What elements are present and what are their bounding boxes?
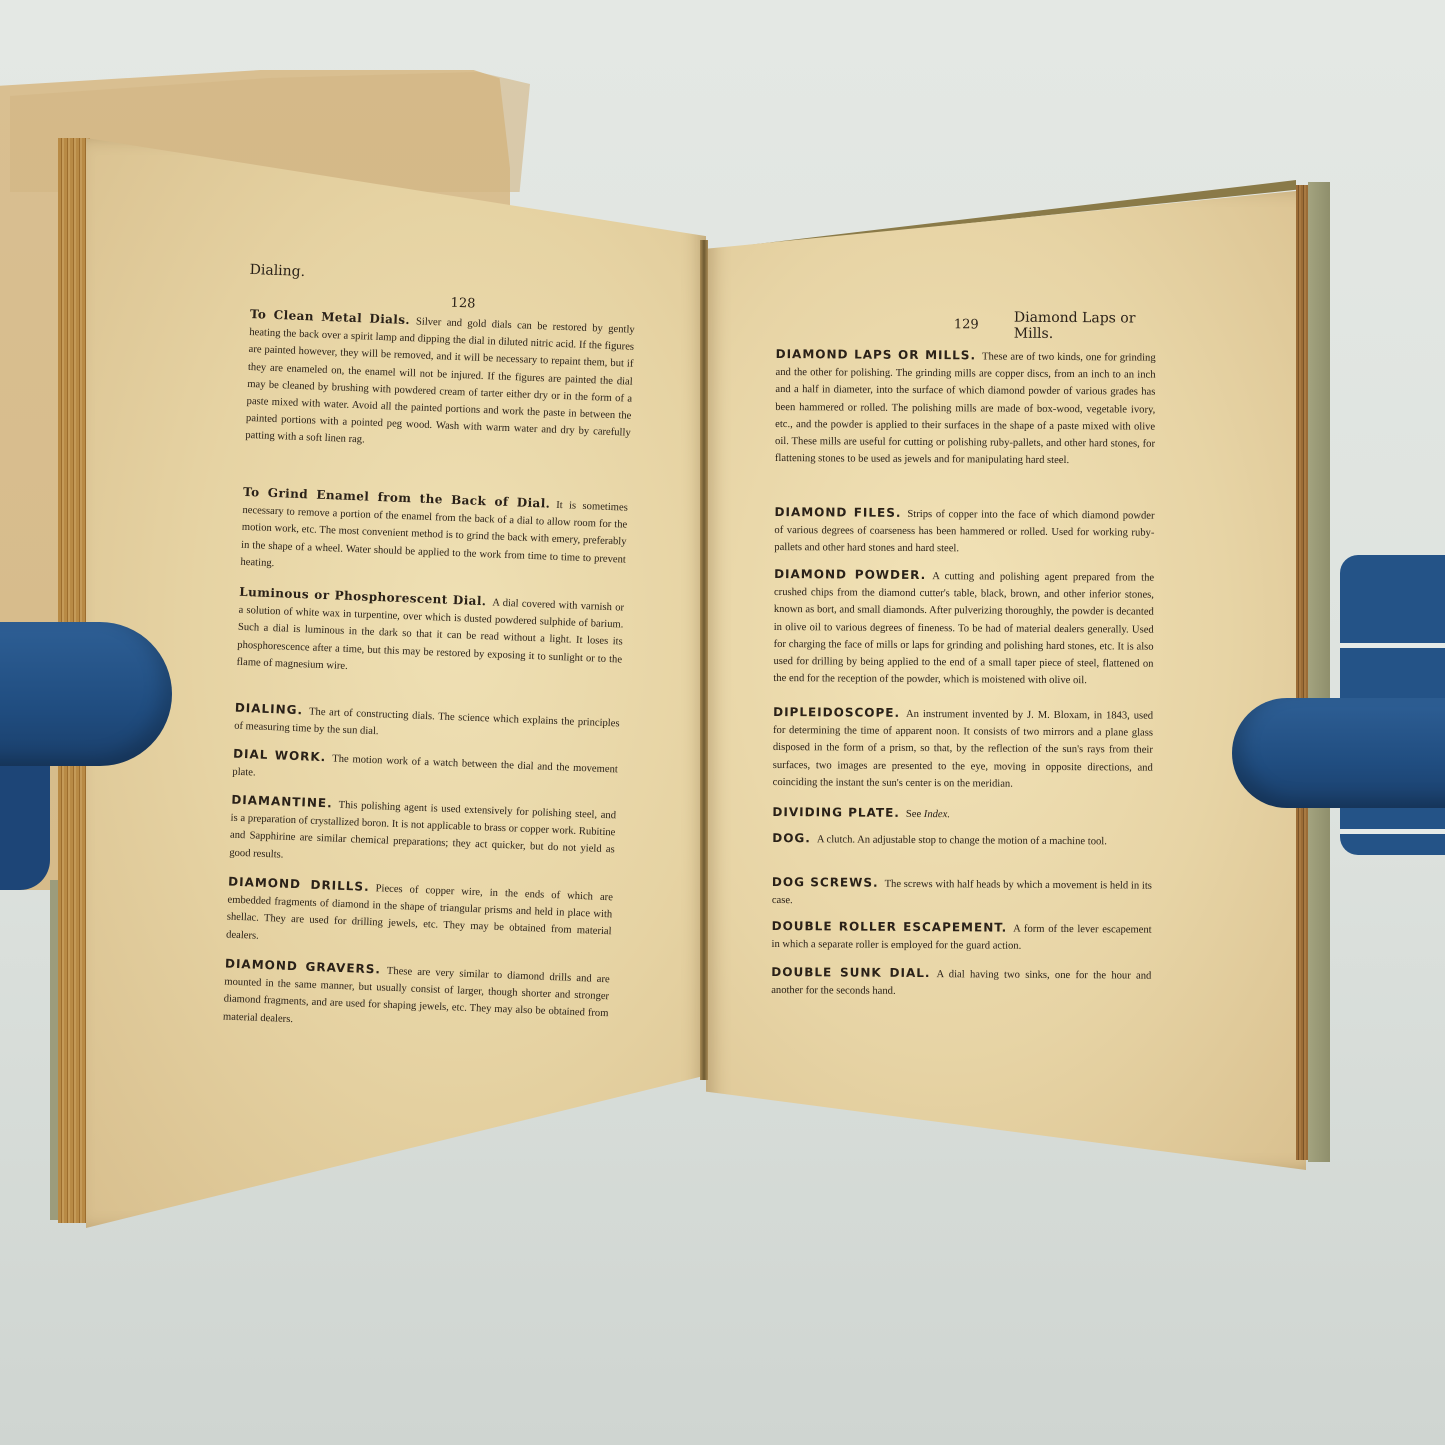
running-head-left: Dialing. [249,262,305,280]
entry: DIVIDING PLATE.See Index. [772,804,1152,825]
entry-text: These are very similar to diamond drills… [223,966,610,1025]
entry-headword: DIAMOND POWDER. [774,567,926,582]
entry: DIAMOND LAPS OR MILLS.These are of two k… [775,346,1156,470]
entry-headword: DOG SCREWS. [772,875,879,890]
entry-text: It is sometimes necessary to remove a po… [240,500,628,569]
entry-headword: DIAMOND DRILLS. [228,875,370,894]
entry: DIPLEIDOSCOPE.An instrument invented by … [773,704,1154,794]
entry-headword: DIAMOND LAPS OR MILLS. [776,347,976,362]
entry-headword: DOUBLE ROLLER ESCAPEMENT. [772,919,1008,935]
entry: DOG.A clutch. An adjustable stop to chan… [772,830,1152,851]
entry: DIAMOND POWDER.A cutting and polishing a… [773,566,1154,690]
entry-headword: DIAMOND FILES. [774,505,901,520]
entry-headword: DIALING. [235,701,304,718]
entry: DOG SCREWS.The screws with half heads by… [772,874,1152,912]
entry-text: See [906,809,921,820]
entry: DOUBLE SUNK DIAL.A dial having two sinks… [771,964,1151,1002]
entry-headword: DIPLEIDOSCOPE. [773,705,900,720]
book-cover-right [1308,182,1330,1162]
entry: DIAMOND FILES.Strips of copper into the … [774,504,1154,559]
entry-text: This polishing agent is used extensively… [229,800,616,861]
entry-headword: DOUBLE SUNK DIAL. [771,965,930,980]
right-gloved-thumb [1232,698,1445,808]
entry-headword: DIVIDING PLATE. [772,805,900,820]
running-head-right: Diamond Laps or Mills. [1014,310,1156,343]
entry-text: Pieces of copper wire, in the ends of wh… [226,883,613,941]
entry-text: These are of two kinds, one for grinding… [775,351,1156,466]
entry: To Clean Metal Dials.Silver and gold dia… [245,306,635,459]
entry: DOUBLE ROLLER ESCAPEMENT.A form of the l… [771,918,1151,956]
entry-text: An instrument invented by J. M. Bloxam, … [773,709,1154,790]
page-number-right: 129 [954,317,979,332]
left-gloved-hand-palm [0,760,50,890]
entry-headword: DOG. [772,831,811,845]
entry: DIAMOND GRAVERS.These are very similar t… [223,955,610,1040]
entry: DIAMANTINE.This polishing agent is used … [229,792,616,877]
left-gloved-thumb [0,622,172,766]
book-gutter [700,240,708,1080]
entry: DIAMOND DRILLS.Pieces of copper wire, in… [226,874,613,959]
entry-text: A cutting and polishing agent prepared f… [773,571,1154,686]
entry-italic: Index. [924,809,950,820]
entry-text: A clutch. An adjustable stop to change t… [817,834,1107,847]
page-number-left: 128 [450,296,475,312]
entry: Luminous or Phosphorescent Dial.A dial c… [236,584,624,686]
entry-headword: DIAL WORK. [233,747,327,765]
entry-text: Silver and gold dials can be restored by… [245,316,635,446]
entry: To Grind Enamel from the Back of Dial.It… [240,484,628,586]
entry-headword: DIAMANTINE. [231,793,333,811]
entry-text: A dial covered with varnish or a solutio… [236,597,624,671]
